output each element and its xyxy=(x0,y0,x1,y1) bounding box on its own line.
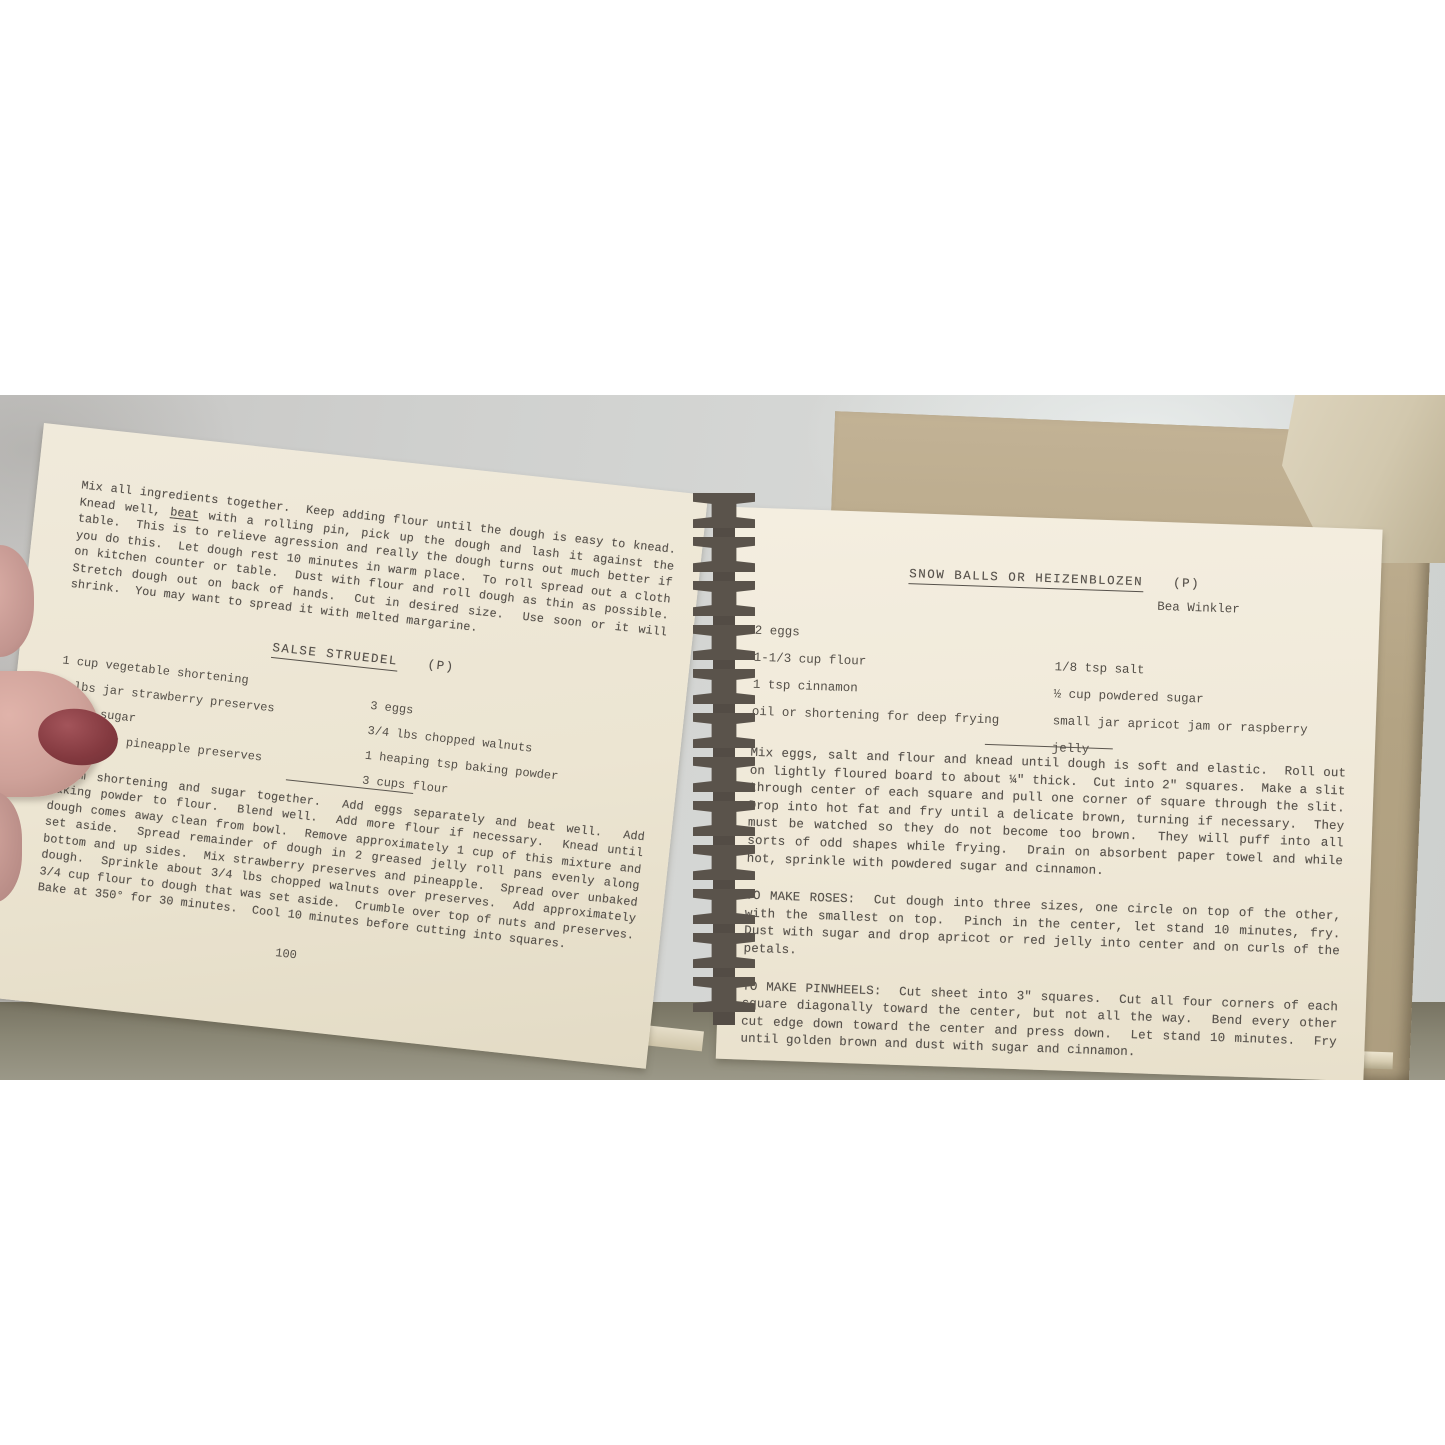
pinwheels-heading: TO MAKE PINWHEELS: xyxy=(742,979,882,998)
binding-tooth xyxy=(693,757,755,792)
binding-tooth xyxy=(693,845,755,880)
comb-binding xyxy=(692,493,756,1025)
right-page: SNOW BALLS OR HEIZENBLOZEN(P) Bea Winkle… xyxy=(716,507,1383,1080)
binding-tooth xyxy=(693,933,755,968)
kosher-mark: (P) xyxy=(427,657,455,674)
binding-tooth xyxy=(693,977,755,1012)
kosher-mark: (P) xyxy=(1173,576,1200,591)
cookbook-photo: Mix all ingredients together. Keep addin… xyxy=(0,0,1445,1445)
photo-area: Mix all ingredients together. Keep addin… xyxy=(0,395,1445,1080)
binding-tooth xyxy=(693,713,755,748)
ingredient-item: small jar apricot jam or raspberry jelly xyxy=(1051,708,1348,772)
binding-tooth xyxy=(693,625,755,660)
finger xyxy=(0,545,34,657)
binding-tooth xyxy=(693,581,755,616)
roses-paragraph: TO MAKE ROSES: Cut dough into three size… xyxy=(743,888,1341,979)
binding-tooth xyxy=(693,537,755,572)
finger xyxy=(0,791,22,903)
hand-holding-page xyxy=(0,545,130,925)
intro-underlined-word: beat xyxy=(170,505,200,522)
binding-tooth xyxy=(693,889,755,924)
recipe-title: SNOW BALLS OR HEIZENBLOZEN xyxy=(909,567,1143,592)
binding-tooth xyxy=(693,669,755,704)
intro-text-after: with a rolling pin, pick up the dough an… xyxy=(70,508,684,640)
binding-tooth xyxy=(693,801,755,836)
roses-heading: TO MAKE ROSES: xyxy=(745,889,855,907)
binding-tooth xyxy=(693,493,755,528)
ingredient-list-right-page: 2 eggs 1-1/3 cup flour 1 tsp cinnamon oi… xyxy=(751,618,1350,747)
right-page-content: SNOW BALLS OR HEIZENBLOZEN(P) Bea Winkle… xyxy=(716,507,1383,1080)
recipe-title: SALSE STRUEDEL xyxy=(271,641,398,672)
pinwheels-paragraph: TO MAKE PINWHEELS: Cut sheet into 3" squ… xyxy=(740,978,1338,1069)
ingredient-column-2: 1/8 tsp salt ½ cup powdered sugar small … xyxy=(1051,654,1350,772)
ingredient-column-2: 3 eggs 3/4 lbs chopped walnuts 1 heaping… xyxy=(361,693,565,813)
